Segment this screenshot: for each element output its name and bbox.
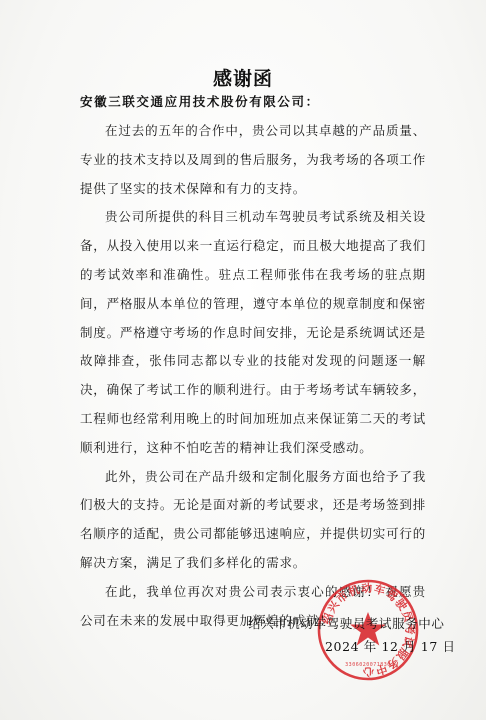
letter-page: 感谢函 安徽三联交通应用技术股份有限公司： 在过去的五年的合作中，贵公司以其卓越… — [0, 0, 486, 720]
paragraph-3: 此外，贵公司在产品升级和定制化服务方面也给予了我们极大的支持。无论是面对新的考试… — [80, 463, 426, 578]
document-title: 感谢函 — [0, 64, 486, 91]
paragraph-1: 在过去的五年的合作中，贵公司以其卓越的产品质量、专业的技术支持以及周到的售后服务… — [80, 117, 426, 203]
svg-text:3306020071836: 3306020071836 — [345, 662, 391, 668]
letter-body: 在过去的五年的合作中，贵公司以其卓越的产品质量、专业的技术支持以及周到的售后服务… — [80, 117, 426, 635]
signature-organization: 绍兴市机动车驾驶员考试服务中心 — [248, 614, 445, 632]
salutation: 安徽三联交通应用技术股份有限公司： — [80, 92, 320, 110]
signature-date: 2024 年 12 月 17 日 — [325, 637, 456, 655]
paragraph-2: 贵公司所提供的科目三机动车驾驶员考试系统及相关设备，从投入使用以来一直运行稳定，… — [80, 203, 426, 462]
